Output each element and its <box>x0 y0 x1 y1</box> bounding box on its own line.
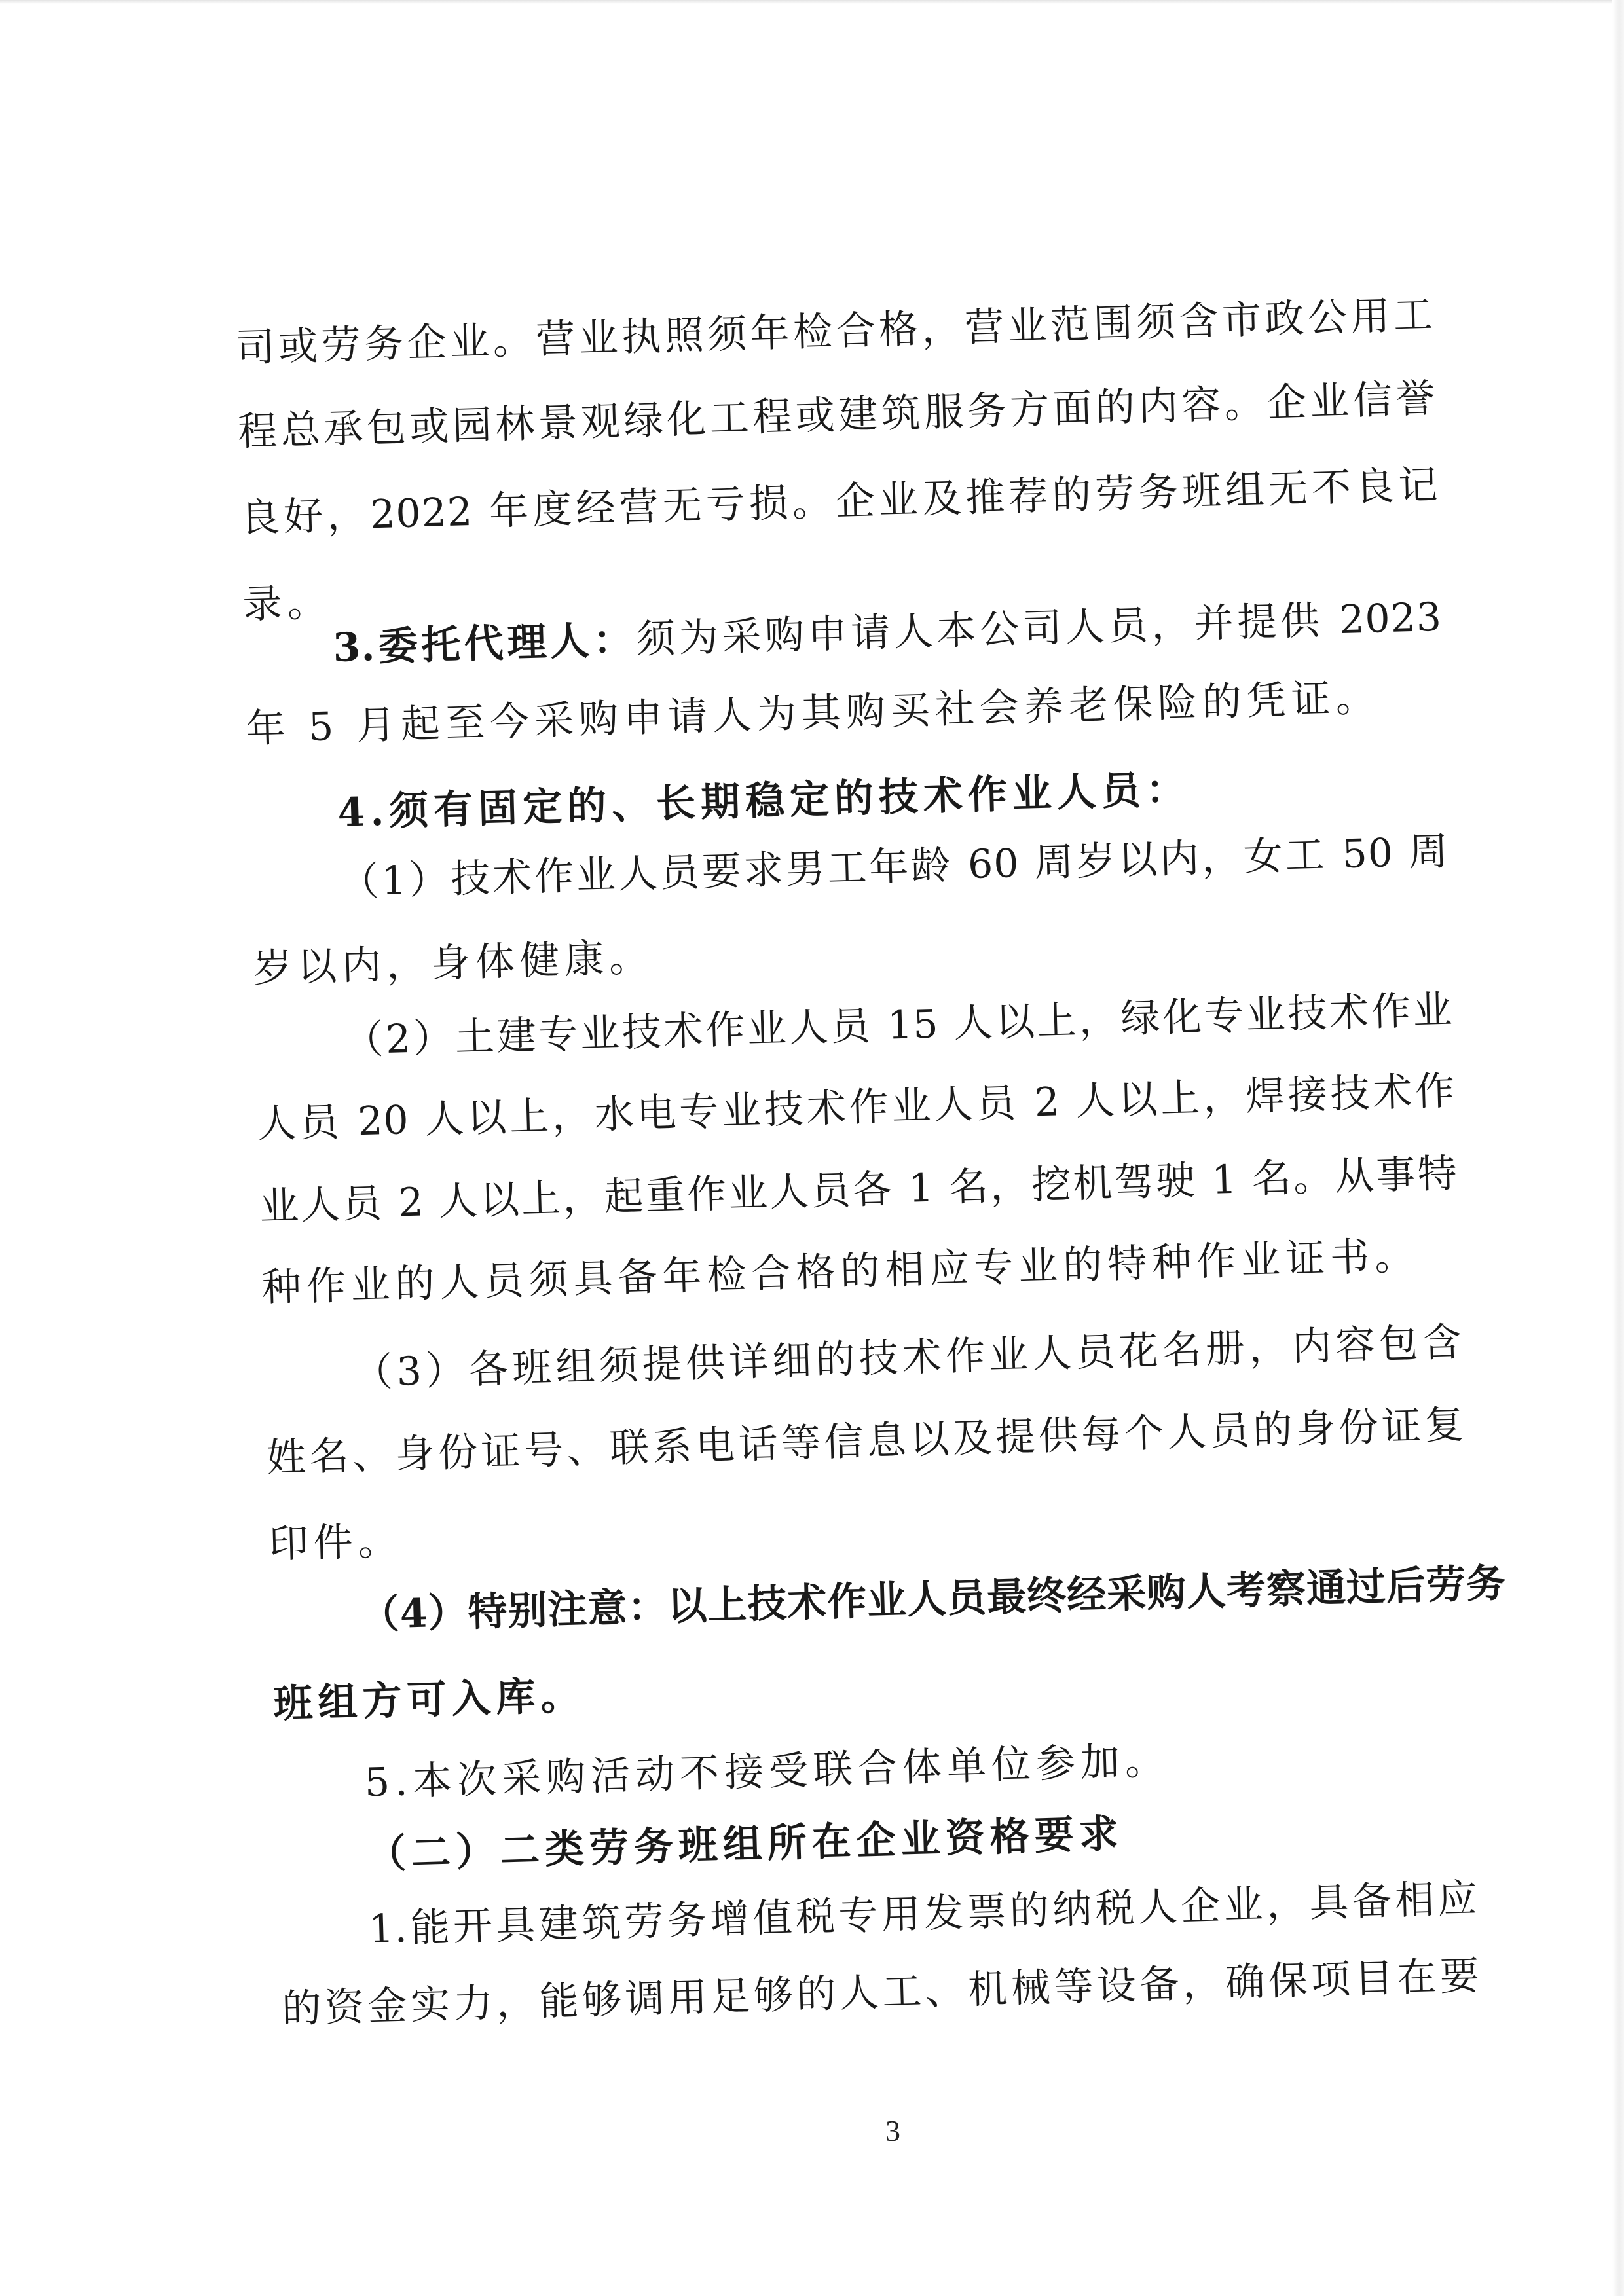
body-line: 种作业的人员须具备年检合格的相应专业的特种作业证书。 <box>261 1228 1461 1314</box>
body-line: 业人员 2 人以上，起重作业人员各 1 名，挖机驾驶 1 名。从事特 <box>259 1147 1458 1233</box>
body-line: 司或劳务企业。营业执照须年检合格，营业范围须含市政公用工 <box>235 289 1435 374</box>
item-4-notice-cont: 班组方可入库。 <box>272 1645 1472 1730</box>
clause-4-heading: 4.须有固定的、长期稳定的技术作业人员： <box>337 756 1447 839</box>
scan-edge-top <box>0 0 1624 4</box>
document-body: 司或劳务企业。营业执照须年检合格，营业范围须含市政公用工 程总承包或园林景观绿化… <box>234 274 1482 2075</box>
body-line: 年 5 月起至今采购申请人为其购买社会养老保险的凭证。 <box>246 670 1445 756</box>
body-line: 人员 20 人以上，水电专业技术作业人员 2 人以上，焊接技术作 <box>257 1065 1456 1150</box>
item-3-line: （3）各班组须提供详细的技术作业人员花名册，内容包含 <box>352 1316 1463 1399</box>
page-number: 3 <box>885 2113 900 2148</box>
body-line: 的资金实力，能够调用足够的人工、机械等设备，确保项目在要 <box>281 1950 1481 2035</box>
item-1-line: （1）技术作业人员要求男工年龄 60 周岁以内，女工 50 周 <box>339 826 1449 909</box>
scan-edge-right <box>1612 0 1624 2296</box>
item-4-notice: （4）特别注意：以上技术作业人员最终经采购人考察通过后劳务 <box>360 1558 1470 1641</box>
body-line: 良好，2022 年度经营无亏损。企业及推荐的劳务班组无不良记 <box>240 459 1439 545</box>
body-line: 姓名、身份证号、联系电话等信息以及提供每个人员的身份证复 <box>266 1398 1466 1484</box>
item-2-line: （2）土建专业技术作业人员 15 人以上，绿化专业技术作业 <box>343 983 1454 1066</box>
section-2-item-1: 1.能开具建筑劳务增值税专用发票的纳税人企业，具备相应 <box>368 1872 1479 1956</box>
body-line: 印件。 <box>268 1485 1468 1571</box>
section-2-heading: （二）二类劳务班组所在企业资格要求 <box>366 1798 1477 1881</box>
body-line: 程总承包或园林景观绿化工程或建筑服务方面的内容。企业信誉 <box>237 373 1437 458</box>
clause-3-label: 3.委托代理人： <box>333 617 637 671</box>
clause-5-line: 5.本次采购活动不接受联合体单位参加。 <box>364 1726 1475 1809</box>
body-line: 岁以内，身体健康。 <box>252 909 1452 995</box>
